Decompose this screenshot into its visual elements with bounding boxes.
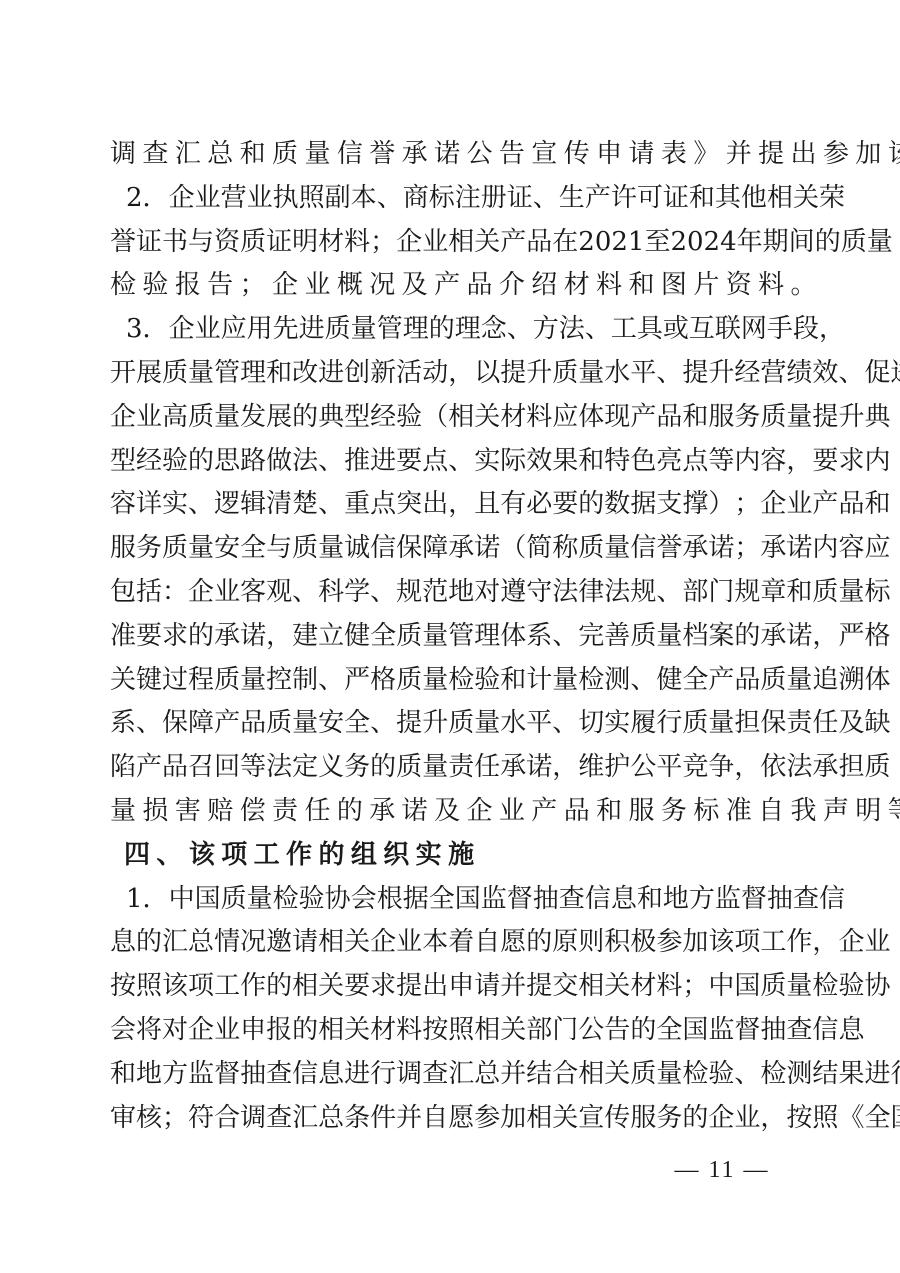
page-number: — 11 — (672, 1155, 772, 1185)
text-line: 系、保障产品质量安全、提升质量水平、切实履行质量担保责任及缺 (110, 702, 792, 746)
text-line: 2．企业营业执照副本、商标注册证、生产许可证和其他相关荣 (110, 177, 792, 221)
text-line: 型经验的思路做法、推进要点、实际效果和特色亮点等内容，要求内 (110, 440, 792, 484)
text-line: 3．企业应用先进质量管理的理念、方法、工具或互联网手段， (110, 308, 792, 352)
text-line: 按照该项工作的相关要求提出申请并提交相关材料；中国质量检验协 (110, 965, 792, 1009)
body-text: 调查汇总和质量信誉承诺公告宣传申请表》并提出参加该项工作的申请。2．企业营业执照… (110, 133, 792, 1140)
text-line: 量损害赔偿责任的承诺及企业产品和服务标准自我声明等内容）。 (110, 790, 792, 834)
text-line: 会将对企业申报的相关材料按照相关部门公告的全国监督抽查信息 (110, 1009, 792, 1053)
text-line: 容详实、逻辑清楚、重点突出，且有必要的数据支撑）；企业产品和 (110, 483, 792, 527)
text-line: 准要求的承诺，建立健全质量管理体系、完善质量档案的承诺，严格 (110, 615, 792, 659)
section-heading: 四、该项工作的组织实施 (110, 834, 792, 878)
text-line: 企业高质量发展的典型经验（相关材料应体现产品和服务质量提升典 (110, 396, 792, 440)
text-line: 审核；符合调查汇总条件并自愿参加相关宣传服务的企业，按照《全国 (110, 1097, 792, 1141)
document-page: 调查汇总和质量信誉承诺公告宣传申请表》并提出参加该项工作的申请。2．企业营业执照… (0, 0, 900, 1273)
text-line: 陷产品召回等法定义务的质量责任承诺，维护公平竞争，依法承担质 (110, 746, 792, 790)
text-line: 和地方监督抽查信息进行调查汇总并结合相关质量检验、检测结果进行 (110, 1053, 792, 1097)
text-line: 调查汇总和质量信誉承诺公告宣传申请表》并提出参加该项工作的申请。 (110, 133, 792, 177)
text-line: 开展质量管理和改进创新活动，以提升质量水平、提升经营绩效、促进 (110, 352, 792, 396)
text-line: 1．中国质量检验协会根据全国监督抽查信息和地方监督抽查信 (110, 878, 792, 922)
text-line: 包括：企业客观、科学、规范地对遵守法律法规、部门规章和质量标 (110, 571, 792, 615)
text-line: 息的汇总情况邀请相关企业本着自愿的原则积极参加该项工作，企业 (110, 921, 792, 965)
text-line: 誉证书与资质证明材料；企业相关产品在2021至2024年期间的质量 (110, 221, 792, 265)
text-line: 关键过程质量控制、严格质量检验和计量检测、健全产品质量追溯体 (110, 659, 792, 703)
text-line: 检验报告；企业概况及产品介绍材料和图片资料。 (110, 264, 792, 308)
text-line: 服务质量安全与质量诚信保障承诺（简称质量信誉承诺；承诺内容应 (110, 527, 792, 571)
